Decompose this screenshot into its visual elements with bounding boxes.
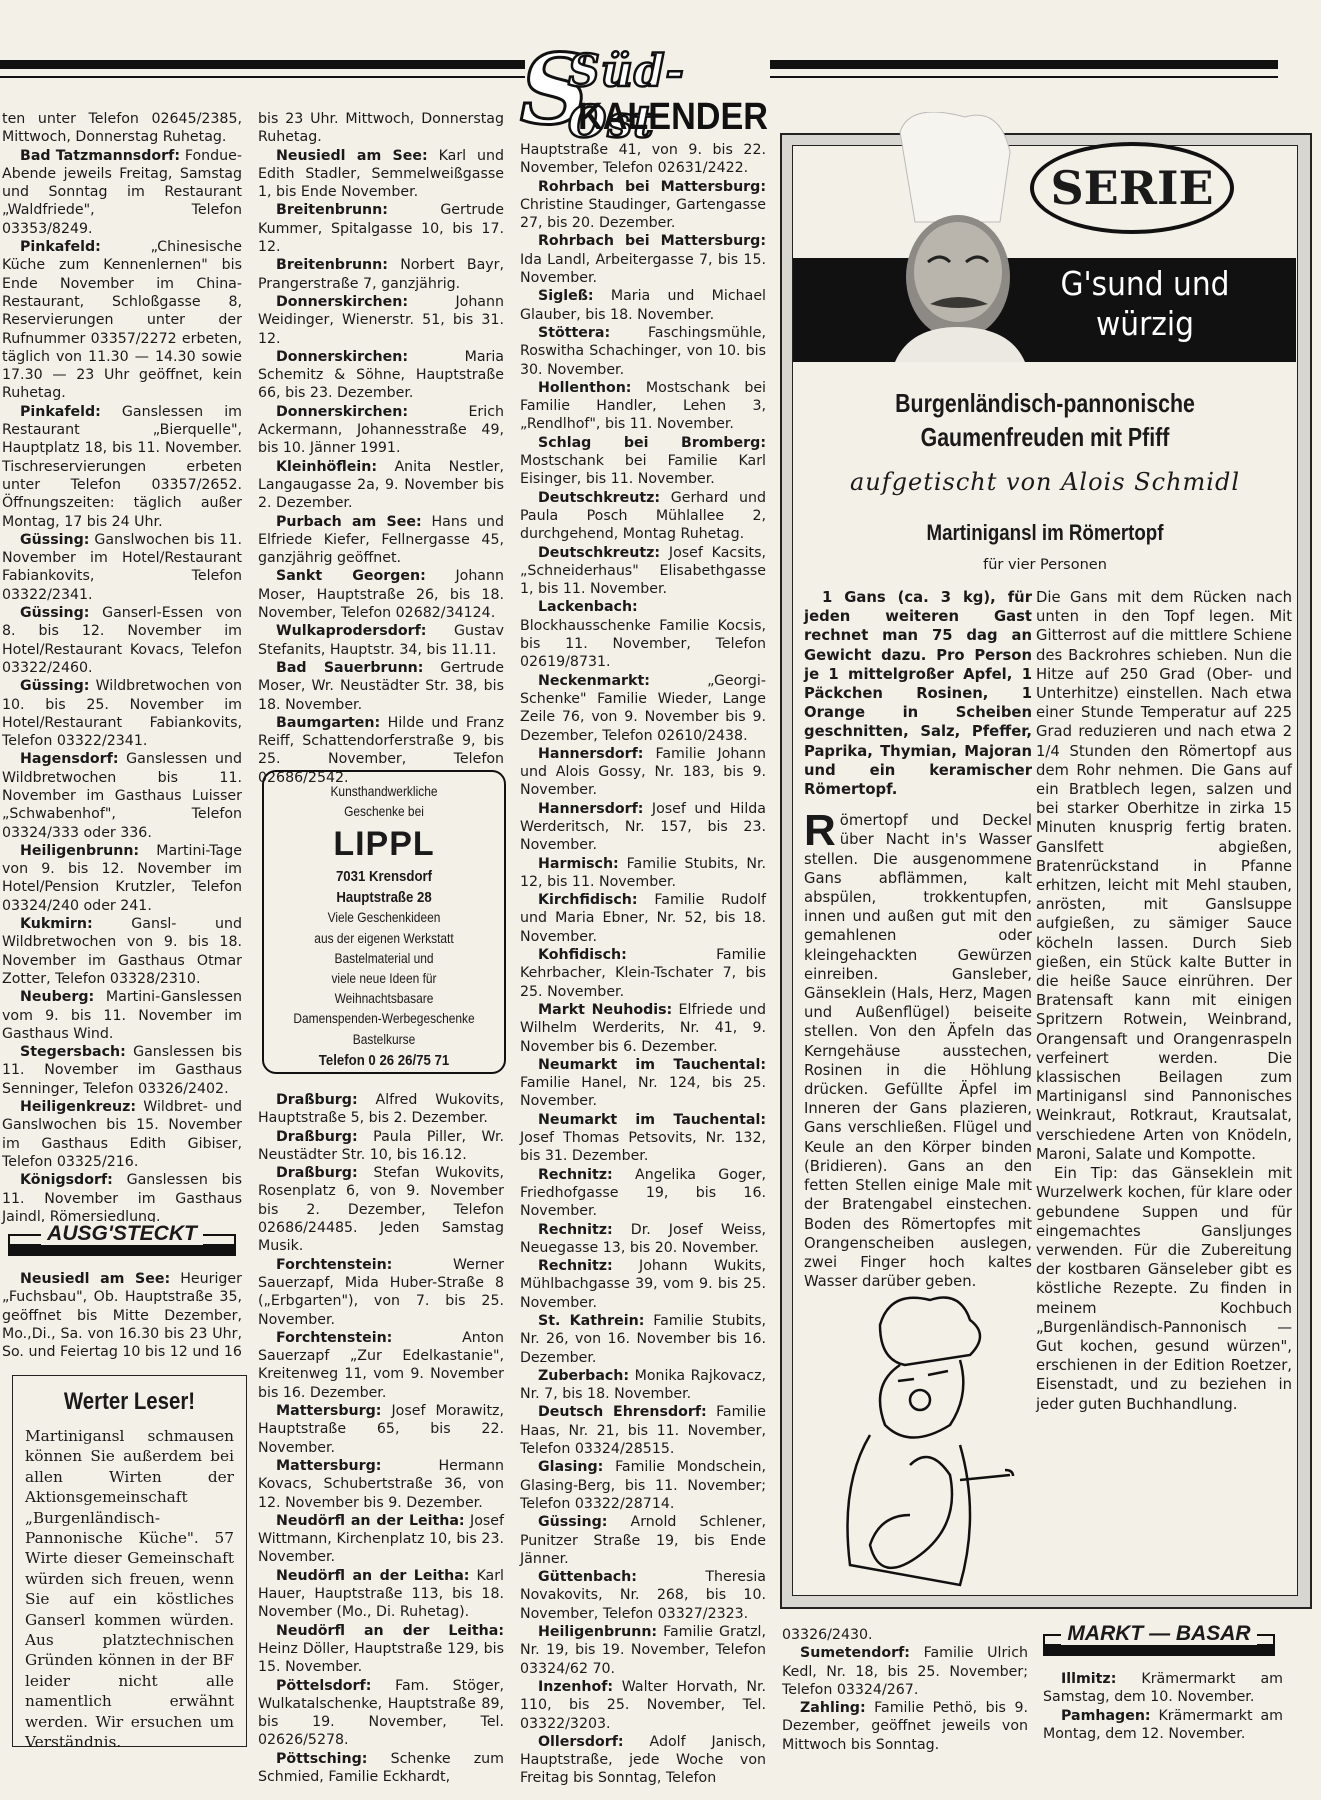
- listing-entry: Neuberg: Martini-Ganslessen vom 9. bis 1…: [2, 988, 242, 1043]
- ad-desc: viele neue Ideen für: [278, 969, 489, 989]
- listing-entry: Pöttelsdorf: Fam. Stöger, Wulkatalschenk…: [258, 1677, 504, 1750]
- markt-basar-list: Illmitz: Krämermarkt am Samstag, dem 10.…: [1043, 1670, 1283, 1743]
- recipe-ingredients: 1 Gans (ca. 3 kg), für jeden weiteren Ga…: [804, 588, 1032, 799]
- listing-place: Neuberg:: [20, 989, 94, 1005]
- ad-brand: LIPPL: [264, 822, 504, 866]
- listing-place: Harmisch:: [538, 856, 619, 872]
- listing-entry: Neumarkt im Tauchental: Josef Thomas Pet…: [520, 1111, 766, 1166]
- serie-subtitle: G'sund und würzig: [1051, 264, 1240, 344]
- listing-entry: Heiligenbrunn: Familie Gratzl, Nr. 19, b…: [520, 1623, 766, 1678]
- listing-place: Pinkafeld:: [20, 404, 101, 420]
- lippl-advertisement: Kunsthandwerkliche Geschenke bei LIPPL 7…: [262, 770, 506, 1074]
- listing-place: Güttenbach:: [538, 1569, 637, 1585]
- listing-place: Lackenbach:: [538, 599, 638, 615]
- listing-place: Deutschkreutz:: [538, 545, 660, 561]
- listing-place: Draßburg:: [276, 1165, 358, 1181]
- listing-entry: bis 23 Uhr. Mittwoch, Donnerstag Ruhetag…: [258, 110, 504, 147]
- listing-place: Bad Tatzmannsdorf:: [20, 148, 180, 164]
- listing-entry: Hannersdorf: Familie Johann und Alois Go…: [520, 745, 766, 800]
- listing-place: Donnerskirchen:: [276, 349, 408, 365]
- listing-entry: Hagensdorf: Ganslessen und Wildbretwoche…: [2, 750, 242, 841]
- listing-place: Donnerskirchen:: [276, 294, 408, 310]
- listing-entry: Königsdorf: Ganslessen bis 11. November …: [2, 1171, 242, 1226]
- listing-place: Neudörfl an der Leitha:: [276, 1568, 469, 1584]
- listing-entry: Rechnitz: Johann Wukits, Mühlbachgasse 3…: [520, 1257, 766, 1312]
- column-2-bottom: Draßburg: Alfred Wukovits, Hauptstraße 5…: [258, 1091, 504, 1786]
- listing-place: Deutsch Ehrensdorf:: [538, 1404, 707, 1420]
- werter-leser-title: Werter Leser!: [30, 1388, 228, 1416]
- listing-entry: Lackenbach: Blockhausschenke Familie Koc…: [520, 598, 766, 671]
- listing-place: Hannersdorf:: [538, 746, 643, 762]
- werter-leser-text: Martinigansl schmausen können Sie außerd…: [13, 1426, 246, 1753]
- listing-place: Bad Sauerbrunn:: [276, 660, 423, 676]
- author-byline: aufgetischt von Alois Schmidl: [800, 468, 1290, 496]
- listing-entry: Markt Neuhodis: Elfriede und Wilhelm Wer…: [520, 1001, 766, 1056]
- listing-entry: Pöttsching: Schenke zum Schmied, Familie…: [258, 1750, 504, 1787]
- recipe-left-column: 1 Gans (ca. 3 kg), für jeden weiteren Ga…: [804, 588, 1032, 1291]
- listing-entry: Zahling: Familie Pethö, bis 9. Dezember,…: [782, 1699, 1028, 1754]
- chef-with-goose-cartoon: [810, 1285, 1030, 1595]
- listing-place: Markt Neuhodis:: [538, 1002, 672, 1018]
- ad-desc: Viele Geschenkideen: [278, 908, 489, 928]
- listing-entry: Breitenbrunn: Norbert Bayr, Prangerstraß…: [258, 256, 504, 293]
- listing-entry: Neumarkt im Tauchental: Familie Hanel, N…: [520, 1056, 766, 1111]
- listing-entry: Ollersdorf: Adolf Janisch, Hauptstraße, …: [520, 1733, 766, 1788]
- listing-place: Baumgarten:: [276, 715, 380, 731]
- listing-entry: Rechnitz: Dr. Josef Weiss, Neuegasse 13,…: [520, 1221, 766, 1258]
- listing-place: St. Kathrein:: [538, 1313, 644, 1329]
- listing-place: Zahling:: [800, 1700, 866, 1716]
- ausgsteckt-section-header: AUSG'STECKT: [8, 1222, 236, 1256]
- listing-entry: Draßburg: Alfred Wukovits, Hauptstraße 5…: [258, 1091, 504, 1128]
- listing-entry: Güssing: Ganserl-Essen von 8. bis 12. No…: [2, 604, 242, 677]
- listing-place: Illmitz:: [1061, 1671, 1116, 1687]
- listing-entry: Sankt Georgen: Johann Moser, Hauptstraße…: [258, 567, 504, 622]
- listing-place: Pamhagen:: [1061, 1708, 1151, 1724]
- servings-note: für vier Personen: [800, 557, 1290, 573]
- listing-entry: Inzenhof: Walter Horvath, Nr. 110, bis 2…: [520, 1678, 766, 1733]
- listing-place: Hannersdorf:: [538, 801, 643, 817]
- listing-entry: Neudörfl an der Leitha: Heinz Döller, Ha…: [258, 1622, 504, 1677]
- masthead-thick-rule-right: [770, 60, 1278, 69]
- chef-photo-image: [870, 112, 1040, 362]
- listing-place: Königsdorf:: [20, 1172, 113, 1188]
- listing-place: Kleinhöflein:: [276, 459, 377, 475]
- listing-entry: Hauptstraße 41, von 9. bis 22. November,…: [520, 141, 766, 178]
- listing-place: Kukmirn:: [20, 916, 93, 932]
- listing-place: Zuberbach:: [538, 1368, 629, 1384]
- listing-place: Hollenthon:: [538, 380, 631, 396]
- listing-entry: Draßburg: Stefan Wukovits, Rosenplatz 6,…: [258, 1164, 504, 1255]
- listing-entry: Rohrbach bei Mattersburg: Christine Stau…: [520, 178, 766, 233]
- listing-place: Güssing:: [20, 678, 89, 694]
- listing-entry: Purbach am See: Hans und Elfriede Kiefer…: [258, 513, 504, 568]
- listing-entry: Forchtenstein: Anton Sauerzapf „Zur Edel…: [258, 1329, 504, 1402]
- listing-place: Kohfidisch:: [538, 947, 627, 963]
- masthead-thick-rule-left: [0, 60, 525, 69]
- logo-kalender-title: KALENDER: [578, 96, 768, 139]
- listing-entry: Hannersdorf: Josef und Hilda Werderitsch…: [520, 800, 766, 855]
- werter-leser-box: Werter Leser! Martinigansl schmausen kön…: [12, 1375, 247, 1747]
- listing-entry: Bad Sauerbrunn: Gertrude Moser, Wr. Neus…: [258, 659, 504, 714]
- listing-place: Pinkafeld:: [20, 239, 101, 255]
- recipe-right-column: Die Gans mit dem Rücken nach unten in de…: [1036, 588, 1292, 1414]
- listing-entry: Sumetendorf: Familie Ulrich Kedl, Nr. 18…: [782, 1644, 1028, 1699]
- listing-place: Draßburg:: [276, 1092, 358, 1108]
- serie-badge: SERIE: [1030, 142, 1234, 234]
- markt-basar-section-header: MARKT — BASAR: [1043, 1622, 1275, 1656]
- ad-phone: Telefon 0 26 26/75 71: [278, 1050, 489, 1071]
- listing-place: Inzenhof:: [538, 1679, 613, 1695]
- recipe-tip: Ein Tip: das Gänseklein mit Wurzelwerk k…: [1036, 1164, 1292, 1414]
- listing-place: Donnerskirchen:: [276, 404, 408, 420]
- listing-entry: St. Kathrein: Familie Stubits, Nr. 26, v…: [520, 1312, 766, 1367]
- listing-entry: Breitenbrunn: Gertrude Kummer, Spitalgas…: [258, 201, 504, 256]
- column-2: bis 23 Uhr. Mittwoch, Donnerstag Ruhetag…: [258, 110, 504, 787]
- listing-place: Ollersdorf:: [538, 1734, 624, 1750]
- dropcap-letter: R: [804, 813, 836, 849]
- listing-entry: Kohfidisch: Familie Kehrbacher, Klein-Ts…: [520, 946, 766, 1001]
- listing-place: Sankt Georgen:: [276, 568, 426, 584]
- column-1: ten unter Telefon 02645/2385, Mittwoch, …: [2, 110, 242, 1226]
- listing-place: Rechnitz:: [538, 1222, 613, 1238]
- ausgsteckt-title: AUSG'STECKT: [41, 1222, 203, 1245]
- kalender-logo: S Süd-Ost KALENDER: [520, 52, 770, 140]
- listing-place: Mattersburg:: [276, 1403, 381, 1419]
- listing-place: Pöttsching:: [276, 1751, 367, 1767]
- listing-entry: Güssing: Arnold Schlener, Punitzer Straß…: [520, 1513, 766, 1568]
- listing-place: Güssing:: [538, 1514, 607, 1530]
- listing-entry: Rechnitz: Angelika Goger, Friedhofgasse …: [520, 1166, 766, 1221]
- listing-place: Stegersbach:: [20, 1044, 126, 1060]
- ad-desc: Bastelkurse: [278, 1030, 489, 1050]
- listing-entry: Schlag bei Bromberg: Mostschank bei Fami…: [520, 434, 766, 489]
- ad-address-1: 7031 Krensdorf: [278, 866, 489, 887]
- listing-place: Kirchfidisch:: [538, 892, 638, 908]
- ad-line-2: Geschenke bei: [278, 802, 489, 822]
- listing-place: Rechnitz:: [538, 1258, 613, 1274]
- listing-entry: Deutschkreutz: Josef Kacsits, „Schneider…: [520, 544, 766, 599]
- listing-entry: Güttenbach: Theresia Novakovits, Nr. 268…: [520, 1568, 766, 1623]
- ad-desc: Damenspenden-Werbegeschenke: [278, 1009, 489, 1029]
- listing-place: Güssing:: [20, 532, 89, 548]
- listing-entry: Donnerskirchen: Maria Schemitz & Söhne, …: [258, 348, 504, 403]
- listing-entry: Donnerskirchen: Johann Weidinger, Wiener…: [258, 293, 504, 348]
- listing-entry: Neusiedl am See: Heuriger „Fuchsbau", Ob…: [2, 1270, 242, 1361]
- listing-place: Forchtenstein:: [276, 1257, 392, 1273]
- listing-entry: 03326/2430.: [782, 1626, 1028, 1644]
- recipe-title: Martinigansl im Römertopf: [837, 520, 1254, 546]
- listing-entry: Heiligenkreuz: Wildbret- und Ganslwochen…: [2, 1098, 242, 1171]
- feature-headline-line-2: Gaumenfreuden mit Pfiff: [844, 420, 1246, 454]
- listing-place: Breitenbrunn:: [276, 202, 388, 218]
- markt-basar-title: MARKT — BASAR: [1061, 1622, 1256, 1645]
- listing-entry: Illmitz: Krämermarkt am Samstag, dem 10.…: [1043, 1670, 1283, 1707]
- listing-place: Rechnitz:: [538, 1167, 613, 1183]
- listing-place: Neumarkt im Tauchental:: [538, 1112, 766, 1128]
- listing-place: Pöttelsdorf:: [276, 1678, 371, 1694]
- recipe-preparation-part-1: Römertopf und Deckel über Nacht in's Was…: [804, 811, 1032, 1291]
- listing-entry: Kirchfidisch: Familie Rudolf und Maria E…: [520, 891, 766, 946]
- listing-place: Neudörfl an der Leitha:: [276, 1513, 465, 1529]
- listing-entry: Heiligenbrunn: Martini-Tage von 9. bis 1…: [2, 842, 242, 915]
- listing-place: Sumetendorf:: [800, 1645, 910, 1661]
- listing-place: Neusiedl am See:: [276, 148, 428, 164]
- listing-place: Rohrbach bei Mattersburg:: [538, 179, 766, 195]
- listing-place: Glasing:: [538, 1459, 603, 1475]
- listing-entry: Forchtenstein: Werner Sauerzapf, Mida Hu…: [258, 1256, 504, 1329]
- listing-place: Schlag bei Bromberg:: [538, 435, 766, 451]
- listing-entry: Wulkaprodersdorf: Gustav Stefanits, Haup…: [258, 622, 504, 659]
- listing-place: Neckenmarkt:: [538, 673, 650, 689]
- column-3: Hauptstraße 41, von 9. bis 22. November,…: [520, 141, 766, 1788]
- ad-desc: aus der eigenen Werkstatt: [278, 929, 489, 949]
- listing-place: Deutschkreutz:: [538, 490, 660, 506]
- listing-entry: Pinkafeld: „Chinesische Küche zum Kennen…: [2, 238, 242, 403]
- listing-place: Heiligenkreuz:: [20, 1099, 136, 1115]
- ad-line-1: Kunsthandwerkliche: [278, 782, 489, 802]
- ausgsteckt-list: Neusiedl am See: Heuriger „Fuchsbau", Ob…: [2, 1270, 242, 1361]
- listing-entry: Kukmirn: Gansl- und Wildbretwochen von 9…: [2, 915, 242, 988]
- listing-entry: Stegersbach: Ganslessen bis 11. November…: [2, 1043, 242, 1098]
- listing-place: Sigleß:: [538, 288, 594, 304]
- listing-entry: Neusiedl am See: Karl und Edith Stadler,…: [258, 147, 504, 202]
- masthead-thin-rule-right: [770, 76, 1278, 78]
- listing-place: Neudörfl an der Leitha:: [276, 1623, 504, 1639]
- ad-address-2: Hauptstraße 28: [278, 887, 489, 908]
- listing-place: Güssing:: [20, 605, 89, 621]
- feature-headline-line-1: Burgenländisch-pannonische: [844, 386, 1246, 420]
- listing-place: Hagensdorf:: [20, 751, 119, 767]
- listing-entry: Bad Tatzmannsdorf: Fondue-Abende jeweils…: [2, 147, 242, 238]
- listing-place: Draßburg:: [276, 1129, 358, 1145]
- recipe-preparation-part-2: Die Gans mit dem Rücken nach unten in de…: [1036, 588, 1292, 1164]
- listing-place: Neumarkt im Tauchental:: [538, 1057, 766, 1073]
- listing-place: Forchtenstein:: [276, 1330, 392, 1346]
- listing-place: Mattersburg:: [276, 1458, 381, 1474]
- listing-entry: Mattersburg: Josef Morawitz, Hauptstraße…: [258, 1402, 504, 1457]
- listing-entry: Draßburg: Paula Piller, Wr. Neustädter S…: [258, 1128, 504, 1165]
- listing-entry: Neudörfl an der Leitha: Josef Wittmann, …: [258, 1512, 504, 1567]
- listing-place: Heiligenbrunn:: [538, 1624, 657, 1640]
- masthead-thin-rule-left: [0, 76, 525, 78]
- listing-entry: Güssing: Wildbretwochen von 10. bis 25. …: [2, 677, 242, 750]
- listing-entry: Rohrbach bei Mattersburg: Ida Landl, Arb…: [520, 232, 766, 287]
- listing-entry: Pinkafeld: Ganslessen im Restaurant „Bie…: [2, 403, 242, 531]
- listing-entry: Güssing: Ganslwochen bis 11. November im…: [2, 531, 242, 604]
- listing-place: Heiligenbrunn:: [20, 843, 139, 859]
- column-4-bottom: 03326/2430. Sumetendorf: Familie Ulrich …: [782, 1626, 1028, 1754]
- listing-entry: Glasing: Familie Mondschein, Glasing-Ber…: [520, 1458, 766, 1513]
- listing-entry: Deutsch Ehrensdorf: Familie Haas, Nr. 21…: [520, 1403, 766, 1458]
- listing-entry: Donnerskirchen: Erich Ackermann, Johanne…: [258, 403, 504, 458]
- listing-place: Stöttera:: [538, 325, 610, 341]
- listing-place: Neusiedl am See:: [20, 1271, 170, 1287]
- listing-place: Rohrbach bei Mattersburg:: [538, 233, 766, 249]
- listing-entry: Harmisch: Familie Stubits, Nr. 12, bis 1…: [520, 855, 766, 892]
- listing-entry: Sigleß: Maria und Michael Glauber, bis 1…: [520, 287, 766, 324]
- listing-entry: Kleinhöflein: Anita Nestler, Langaugasse…: [258, 458, 504, 513]
- listing-place: Wulkaprodersdorf:: [276, 623, 427, 639]
- listing-entry: Neckenmarkt: „Georgi-Schenke" Familie Wi…: [520, 672, 766, 745]
- listing-entry: Deutschkreutz: Gerhard und Paula Posch M…: [520, 489, 766, 544]
- ad-desc: Weihnachtsbasare: [278, 989, 489, 1009]
- listing-entry: Stöttera: Faschingsmühle, Roswitha Schac…: [520, 324, 766, 379]
- listing-entry: Hollenthon: Mostschank bei Familie Handl…: [520, 379, 766, 434]
- listing-entry: ten unter Telefon 02645/2385, Mittwoch, …: [2, 110, 242, 147]
- listing-entry: Zuberbach: Monika Rajkovacz, Nr. 7, bis …: [520, 1367, 766, 1404]
- listing-entry: Pamhagen: Krämermarkt am Montag, dem 12.…: [1043, 1707, 1283, 1744]
- listing-entry: Mattersburg: Hermann Kovacs, Schubertstr…: [258, 1457, 504, 1512]
- listing-place: Breitenbrunn:: [276, 257, 388, 273]
- listing-place: Purbach am See:: [276, 514, 422, 530]
- listing-entry: Neudörfl an der Leitha: Karl Hauer, Haup…: [258, 1567, 504, 1622]
- ad-desc: Bastelmaterial und: [278, 949, 489, 969]
